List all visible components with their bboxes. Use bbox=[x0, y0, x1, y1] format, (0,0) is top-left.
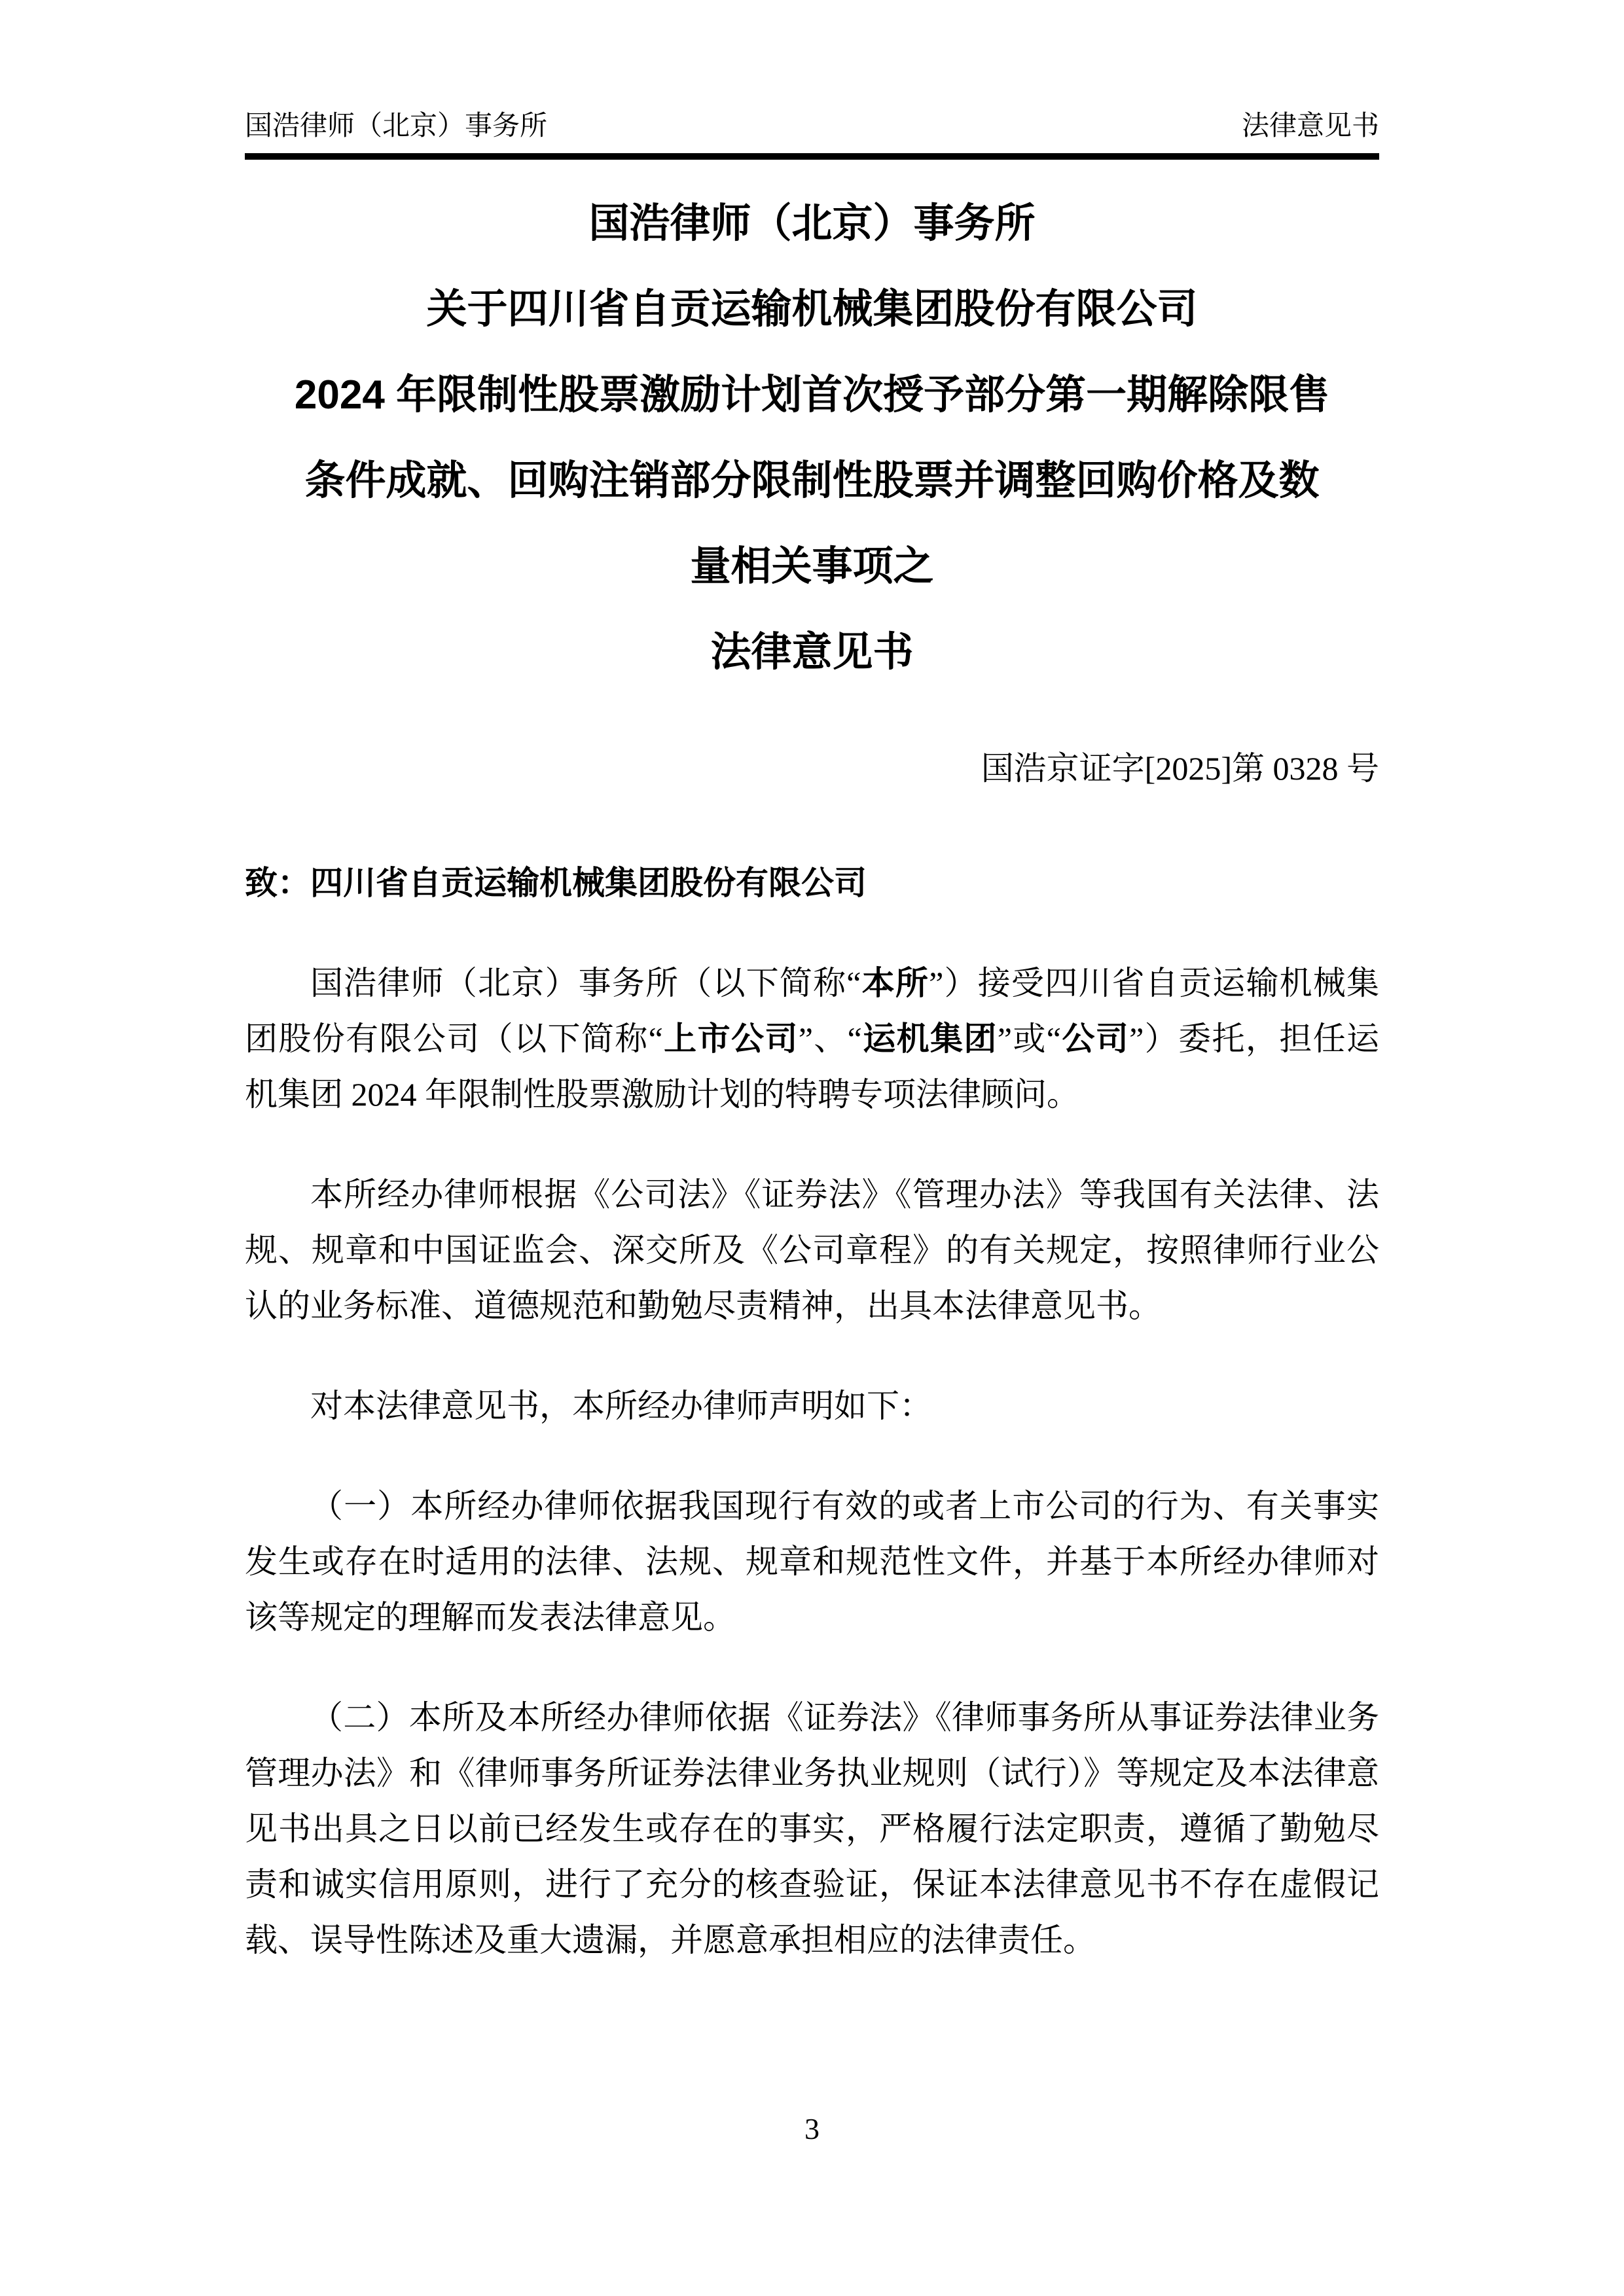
header-firm-name: 国浩律师（北京）事务所 bbox=[245, 110, 547, 143]
paragraph-declaration-two: （二）本所及本所经办律师依据《证券法》《律师事务所从事证券法律业务管理办法》和《… bbox=[245, 1690, 1379, 1968]
paragraph-engagement: 国浩律师（北京）事务所（以下简称“本所”）接受四川省自贡运输机械集团股份有限公司… bbox=[245, 956, 1379, 1122]
paragraph-legal-basis: 本所经办律师根据《公司法》《证券法》《管理办法》等我国有关法律、法规、规章和中国… bbox=[245, 1167, 1379, 1334]
title-block: 国浩律师（北京）事务所 关于四川省自贡运输机械集团股份有限公司 2024 年限制… bbox=[0, 181, 1624, 695]
paragraph-declaration-intro: 对本法律意见书，本所经办律师声明如下： bbox=[245, 1378, 1379, 1434]
page-number: 3 bbox=[0, 2111, 1624, 2147]
title-line-doc-type: 法律意见书 bbox=[245, 609, 1379, 695]
header-rule bbox=[245, 153, 1379, 160]
title-line-company: 关于四川省自贡运输机械集团股份有限公司 bbox=[245, 266, 1379, 352]
paragraph-declaration-one: （一）本所经办律师依据我国现行有效的或者上市公司的行为、有关事实发生或存在时适用… bbox=[245, 1479, 1379, 1645]
title-line-conditions: 条件成就、回购注销部分限制性股票并调整回购价格及数 bbox=[245, 438, 1379, 524]
header-doc-type: 法律意见书 bbox=[1242, 110, 1379, 143]
page-header: 国浩律师（北京）事务所 法律意见书 bbox=[0, 0, 1624, 143]
title-line-firm: 国浩律师（北京）事务所 bbox=[245, 181, 1379, 266]
legal-opinion-page: 国浩律师（北京）事务所 法律意见书 国浩律师（北京）事务所 关于四川省自贡运输机… bbox=[0, 0, 1624, 2296]
title-line-plan: 2024 年限制性股票激励计划首次授予部分第一期解除限售 bbox=[245, 352, 1379, 438]
reference-number: 国浩京证字[2025]第 0328 号 bbox=[0, 741, 1624, 797]
title-line-matters: 量相关事项之 bbox=[245, 524, 1379, 609]
addressee-line: 致：四川省自贡运输机械集团股份有限公司 bbox=[0, 855, 1624, 911]
